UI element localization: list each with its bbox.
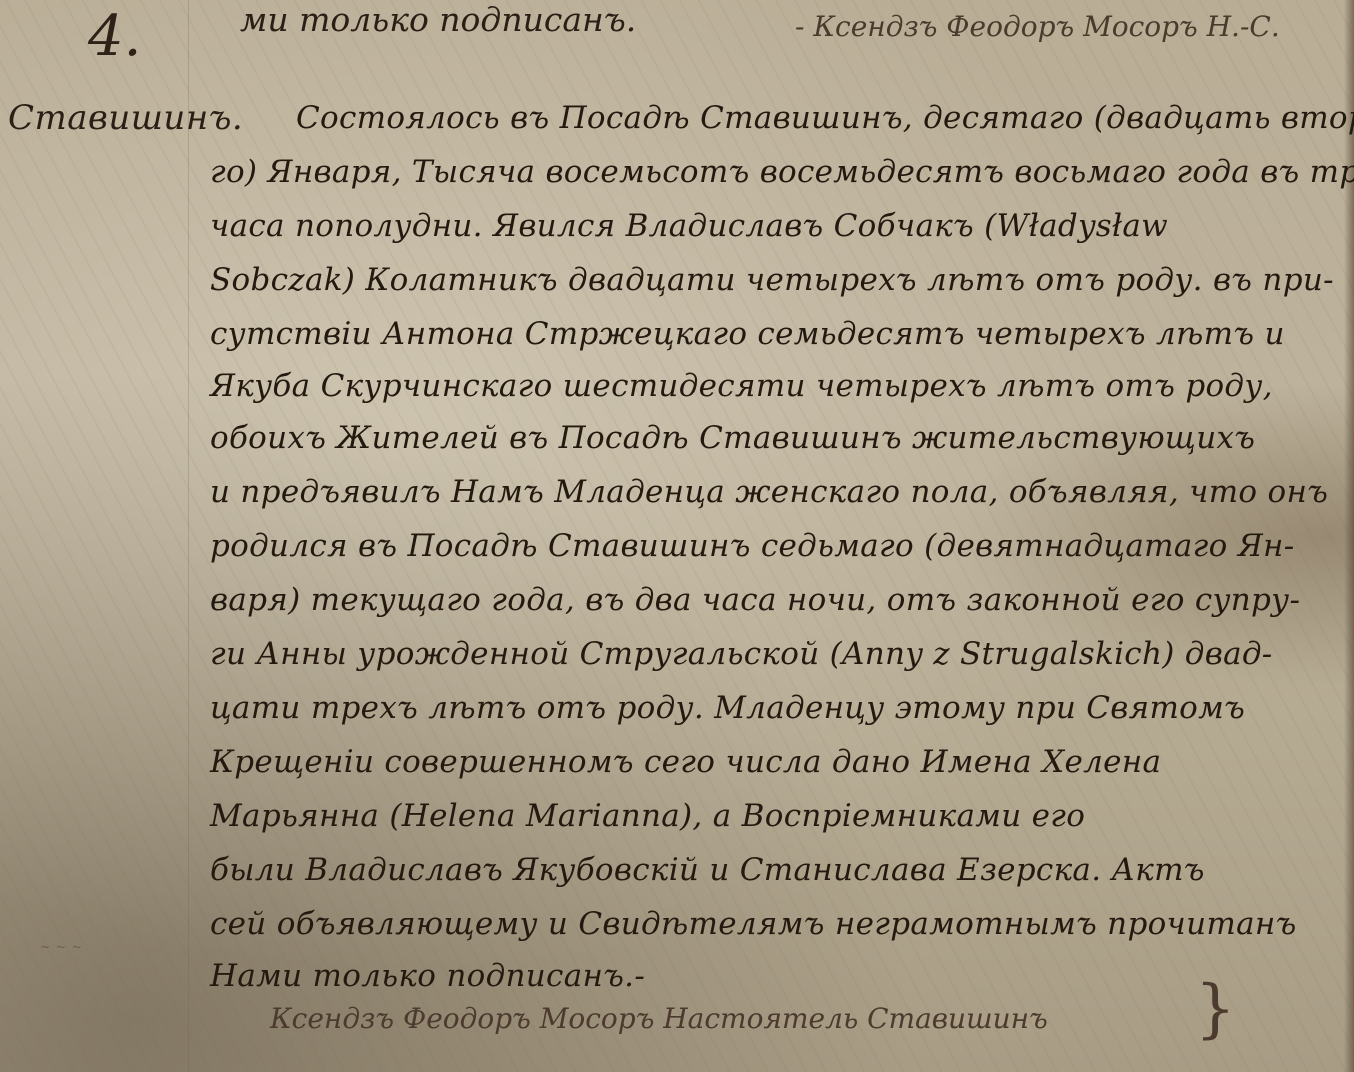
entry-line: сутствіи Антона Стржецкаго семьдесятъ че… (210, 316, 1285, 352)
entry-number: 4. (88, 4, 141, 69)
entry-line: го) Января, Тысяча восемьсотъ восемьдеся… (210, 154, 1354, 190)
entry-line: часа пополудни. Явился Владиславъ Собчак… (210, 208, 1168, 244)
entry-line: ги Анны урожденной Стругальской (Anny z … (210, 636, 1273, 672)
previous-entry-closing-line: ми только подписанъ. (240, 0, 636, 39)
entry-line: родился въ Посадѣ Ставишинъ седьмаго (де… (210, 528, 1295, 564)
entry-line: Sobczak) Колатникъ двадцати четырехъ лѣт… (210, 262, 1334, 298)
entry-line: Нами только подписанъ.- (210, 958, 645, 994)
entry-place-margin-note: Ставишинъ. (8, 98, 243, 138)
margin-rule (188, 0, 189, 1072)
entry-line: и предъявилъ Намъ Младенца женскаго пола… (210, 474, 1328, 510)
priest-signature: Ксендзъ Феодоръ Мосоръ Настоятель Ставиш… (270, 1002, 1048, 1035)
entry-line: цати трехъ лѣтъ отъ роду. Младенцу этому… (210, 690, 1245, 726)
entry-line: Марьянна (Helena Marianna), а Воспріемни… (210, 798, 1085, 834)
previous-entry-signature: - Ксендзъ Феодоръ Мосоръ Н.-С. (795, 10, 1280, 43)
entry-line: Состоялось въ Посадѣ Ставишинъ, десятаго… (296, 100, 1354, 136)
entry-line: варя) текущаго года, въ два часа ночи, о… (210, 582, 1300, 618)
margin-ink-smudge: ~ ~ ~ (40, 940, 83, 954)
entry-line: сей объявляющему и Свидѣтелямъ неграмотн… (210, 906, 1297, 942)
entry-line: были Владиславъ Якубовскій и Станислава … (210, 852, 1205, 888)
entry-line: Якуба Скурчинскаго шестидесяти четырехъ … (210, 368, 1273, 404)
signature-brace: } (1195, 972, 1236, 1046)
entry-line: обоихъ Жителей въ Посадѣ Ставишинъ жител… (210, 420, 1255, 456)
entry-line: Крещеніи совершенномъ сего числа дано Им… (210, 744, 1161, 780)
